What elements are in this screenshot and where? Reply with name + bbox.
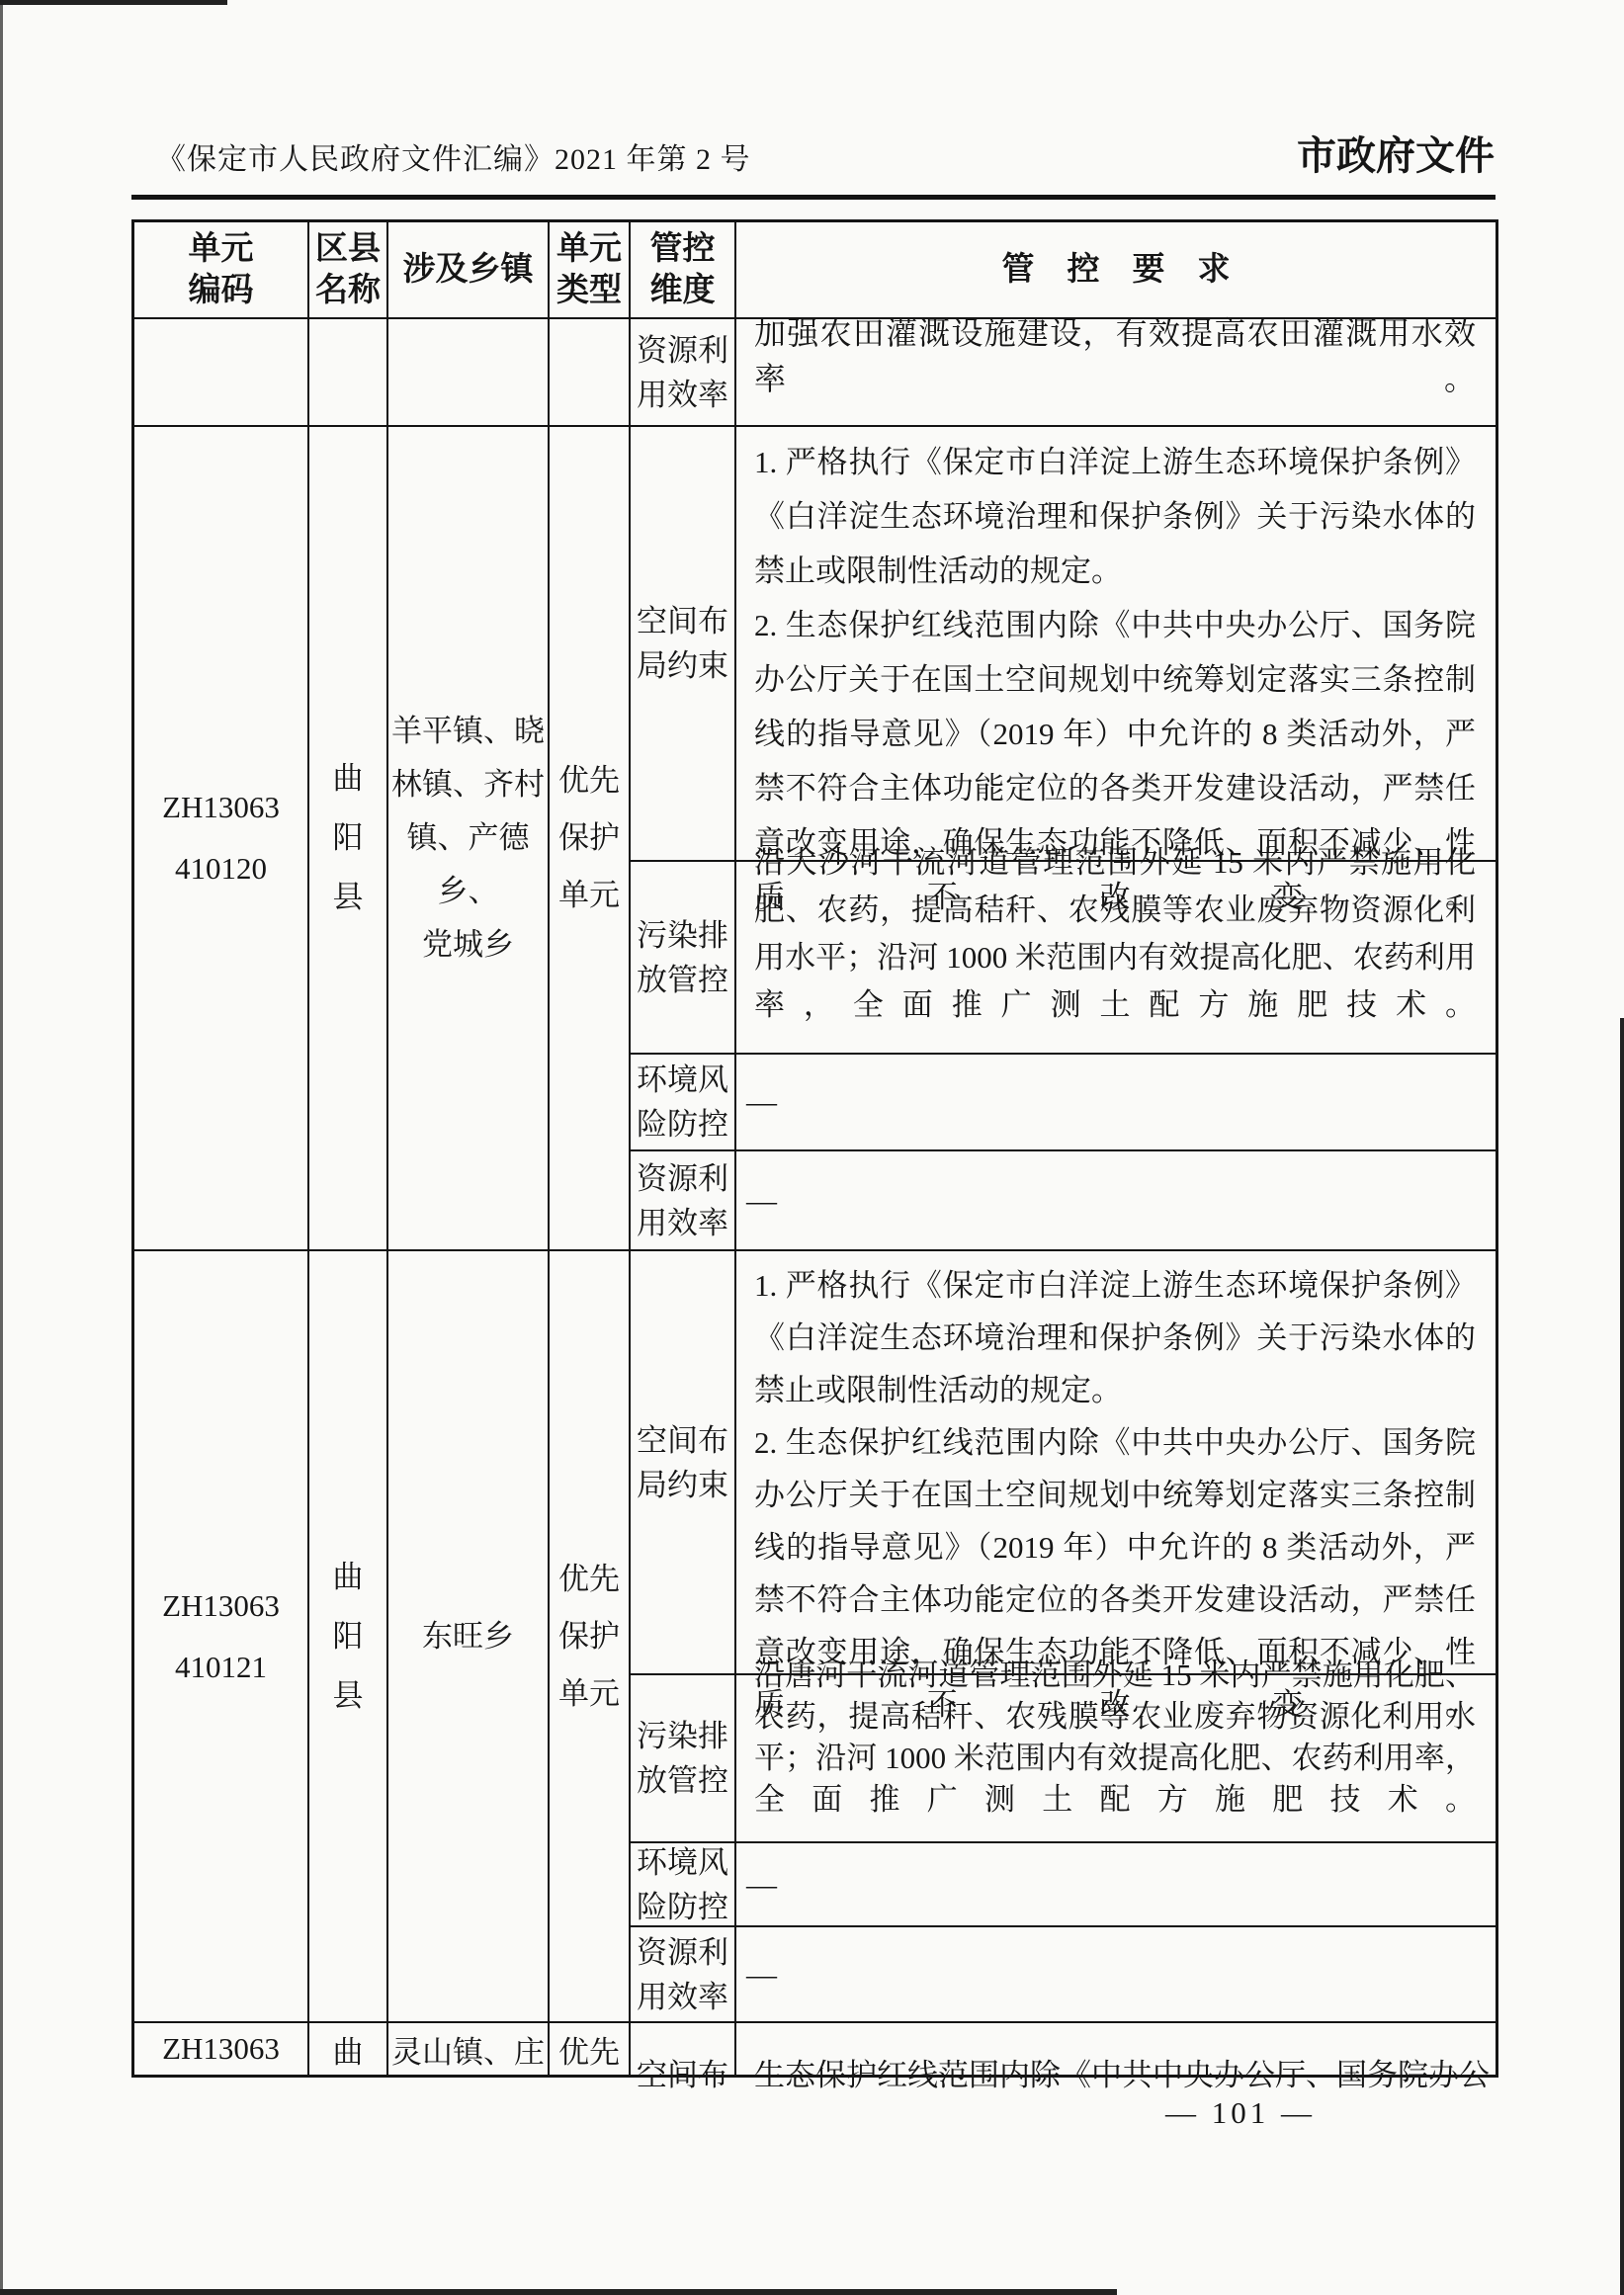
dimension-text: 空间布 xyxy=(637,2050,728,2094)
requirement-paragraph: 1. 严格执行《保定市白洋淀上游生态环境保护条例》《白洋淀生态环境治理和保护条例… xyxy=(754,1259,1476,1416)
subrow-pollution-discharge: 污染排 放管控 沿唐河干流河道管理范围外延 15 米内严禁施用化肥、农药，提高秸… xyxy=(631,1675,1496,1843)
table-header-row: 单元 编码 区县 名称 涉及乡镇 单元 类型 管控 维度 管 控 要 求 xyxy=(134,222,1496,319)
header-requirement: 管 控 要 求 xyxy=(736,222,1496,317)
cell-unit-type: 优先 保护 单元 xyxy=(550,427,631,1249)
cell-towns: 羊平镇、晓 林镇、齐村 镇、产德乡、 党城乡 xyxy=(388,427,550,1249)
page-header-left: 《保定市人民政府文件汇编》2021 年第 2 号 xyxy=(156,134,751,178)
table-block-zh13063-410120: ZH13063 410120 曲 阳 县 羊平镇、晓 林镇、齐村 镇、产德乡、 … xyxy=(134,427,1496,1251)
header-unit-type: 单元 类型 xyxy=(550,222,631,317)
table-block-zh13063-410121: ZH13063 410121 曲 阳 县 东旺乡 优先 保护 单元 空间布 局约… xyxy=(134,1251,1496,2023)
table-row-continuation: 资源利 用效率 加强农田灌溉设施建设，有效提高农田灌溉用水效率。 xyxy=(134,319,1496,427)
cell-requirement-dash: — xyxy=(736,1151,1496,1249)
cell-county: 曲 阳 县 xyxy=(309,427,388,1249)
cell-unit-type-empty xyxy=(550,319,631,425)
cell-dimension: 污染排 放管控 xyxy=(631,1675,736,1841)
cell-towns-empty xyxy=(388,319,550,425)
cell-county-empty xyxy=(309,319,388,425)
table-row-cutoff: ZH13063 曲 灵山镇、庄 优先 空间布 生态保护红线范围内除《中共中央办公… xyxy=(134,2023,1496,2075)
cell-unit-code-empty xyxy=(134,319,309,425)
cell-dimension: 空间布 局约束 xyxy=(631,427,736,860)
block-subrows: 空间布 局约束 1. 严格执行《保定市白洋淀上游生态环境保护条例》《白洋淀生态环… xyxy=(631,1251,1496,2021)
page-number: — 101 — xyxy=(1165,2095,1316,2131)
cell-requirement-dash: — xyxy=(736,1055,1496,1149)
cell-dimension: 环境风 险防控 xyxy=(631,1055,736,1149)
cell-unit-code: ZH13063 410120 xyxy=(134,427,309,1249)
cell-requirement: 沿唐河干流河道管理范围外延 15 米内严禁施用化肥、农药，提高秸秆、农残膜等农业… xyxy=(736,1675,1496,1841)
cell-towns: 东旺乡 xyxy=(388,1251,550,2021)
header-towns: 涉及乡镇 xyxy=(388,222,550,317)
requirement-paragraph: 沿唐河干流河道管理范围外延 15 米内严禁施用化肥、农药，提高秸秆、农残膜等农业… xyxy=(754,1655,1476,1862)
cell-unit-type: 优先 xyxy=(550,2023,631,2075)
subrow-pollution-discharge: 污染排 放管控 沿大沙河干流河道管理范围外延 15 米内严禁施用化肥、农药，提高… xyxy=(631,862,1496,1055)
cell-requirement-dash: — xyxy=(736,1843,1496,1925)
header-unit-code: 单元 编码 xyxy=(134,222,309,317)
subrow-spatial-layout: 空间布 局约束 1. 严格执行《保定市白洋淀上游生态环境保护条例》《白洋淀生态环… xyxy=(631,427,1496,862)
scan-artifact-bottom-edge xyxy=(0,2289,1117,2295)
cell-county: 曲 阳 县 xyxy=(309,1251,388,2021)
cell-dimension: 资源利 用效率 xyxy=(631,319,736,425)
cell-requirement-dash: — xyxy=(736,1927,1496,2021)
header-dimension: 管控 维度 xyxy=(631,222,736,317)
requirement-paragraph: 1. 严格执行《保定市白洋淀上游生态环境保护条例》《白洋淀生态环境治理和保护条例… xyxy=(754,435,1476,598)
cell-unit-type: 优先 保护 单元 xyxy=(550,1251,631,2021)
subrow-environmental-risk: 环境风 险防控 — xyxy=(631,1843,1496,1927)
cell-requirement: 1. 严格执行《保定市白洋淀上游生态环境保护条例》《白洋淀生态环境治理和保护条例… xyxy=(736,1251,1496,1673)
cell-dimension: 污染排 放管控 xyxy=(631,862,736,1053)
subrow-resource-efficiency: 资源利 用效率 — xyxy=(631,1151,1496,1249)
cell-requirement: 生态保护红线范围内除《中共中央办公厅、国务院办公 xyxy=(736,2023,1496,2075)
subrow-environmental-risk: 环境风 险防控 — xyxy=(631,1055,1496,1151)
subrow-spatial-layout: 空间布 局约束 1. 严格执行《保定市白洋淀上游生态环境保护条例》《白洋淀生态环… xyxy=(631,1251,1496,1675)
cell-dimension: 资源利 用效率 xyxy=(631,1151,736,1249)
cell-unit-code: ZH13063 xyxy=(134,2023,309,2075)
block-subrows: 空间布 局约束 1. 严格执行《保定市白洋淀上游生态环境保护条例》《白洋淀生态环… xyxy=(631,427,1496,1249)
cell-dimension: 资源利 用效率 xyxy=(631,1927,736,2021)
scan-artifact-right-edge xyxy=(1620,1018,1624,2295)
scan-artifact-left-edge xyxy=(0,0,3,2295)
page-header-right: 市政府文件 xyxy=(1297,125,1495,181)
cell-county: 曲 xyxy=(309,2023,388,2075)
subrow-resource-efficiency: 资源利 用效率 — xyxy=(631,1927,1496,2021)
header-county: 区县 名称 xyxy=(309,222,388,317)
header-rule xyxy=(131,195,1496,200)
cell-dimension: 空间布 xyxy=(631,2023,736,2075)
cell-requirement: 1. 严格执行《保定市白洋淀上游生态环境保护条例》《白洋淀生态环境治理和保护条例… xyxy=(736,427,1496,860)
cell-towns: 灵山镇、庄 xyxy=(388,2023,550,2075)
requirement-text: 生态保护红线范围内除《中共中央办公厅、国务院办公 xyxy=(754,2050,1490,2094)
cell-unit-code: ZH13063 410121 xyxy=(134,1251,309,2021)
scan-artifact-top-edge xyxy=(0,0,227,5)
cell-requirement: 加强农田灌溉设施建设，有效提高农田灌溉用水效率。 xyxy=(736,319,1496,425)
control-requirements-table: 单元 编码 区县 名称 涉及乡镇 单元 类型 管控 维度 管 控 要 求 资源利… xyxy=(131,219,1498,2078)
cell-dimension: 空间布 局约束 xyxy=(631,1251,736,1673)
cell-requirement: 沿大沙河干流河道管理范围外延 15 米内严禁施用化肥、农药，提高秸秆、农残膜等农… xyxy=(736,862,1496,1053)
requirement-paragraph: 沿大沙河干流河道管理范围外延 15 米内严禁施用化肥、农药，提高秸秆、农残膜等农… xyxy=(754,839,1476,1076)
cell-dimension: 环境风 险防控 xyxy=(631,1843,736,1925)
requirement-text: 加强农田灌溉设施建设，有效提高农田灌溉用水效率。 xyxy=(754,308,1476,436)
